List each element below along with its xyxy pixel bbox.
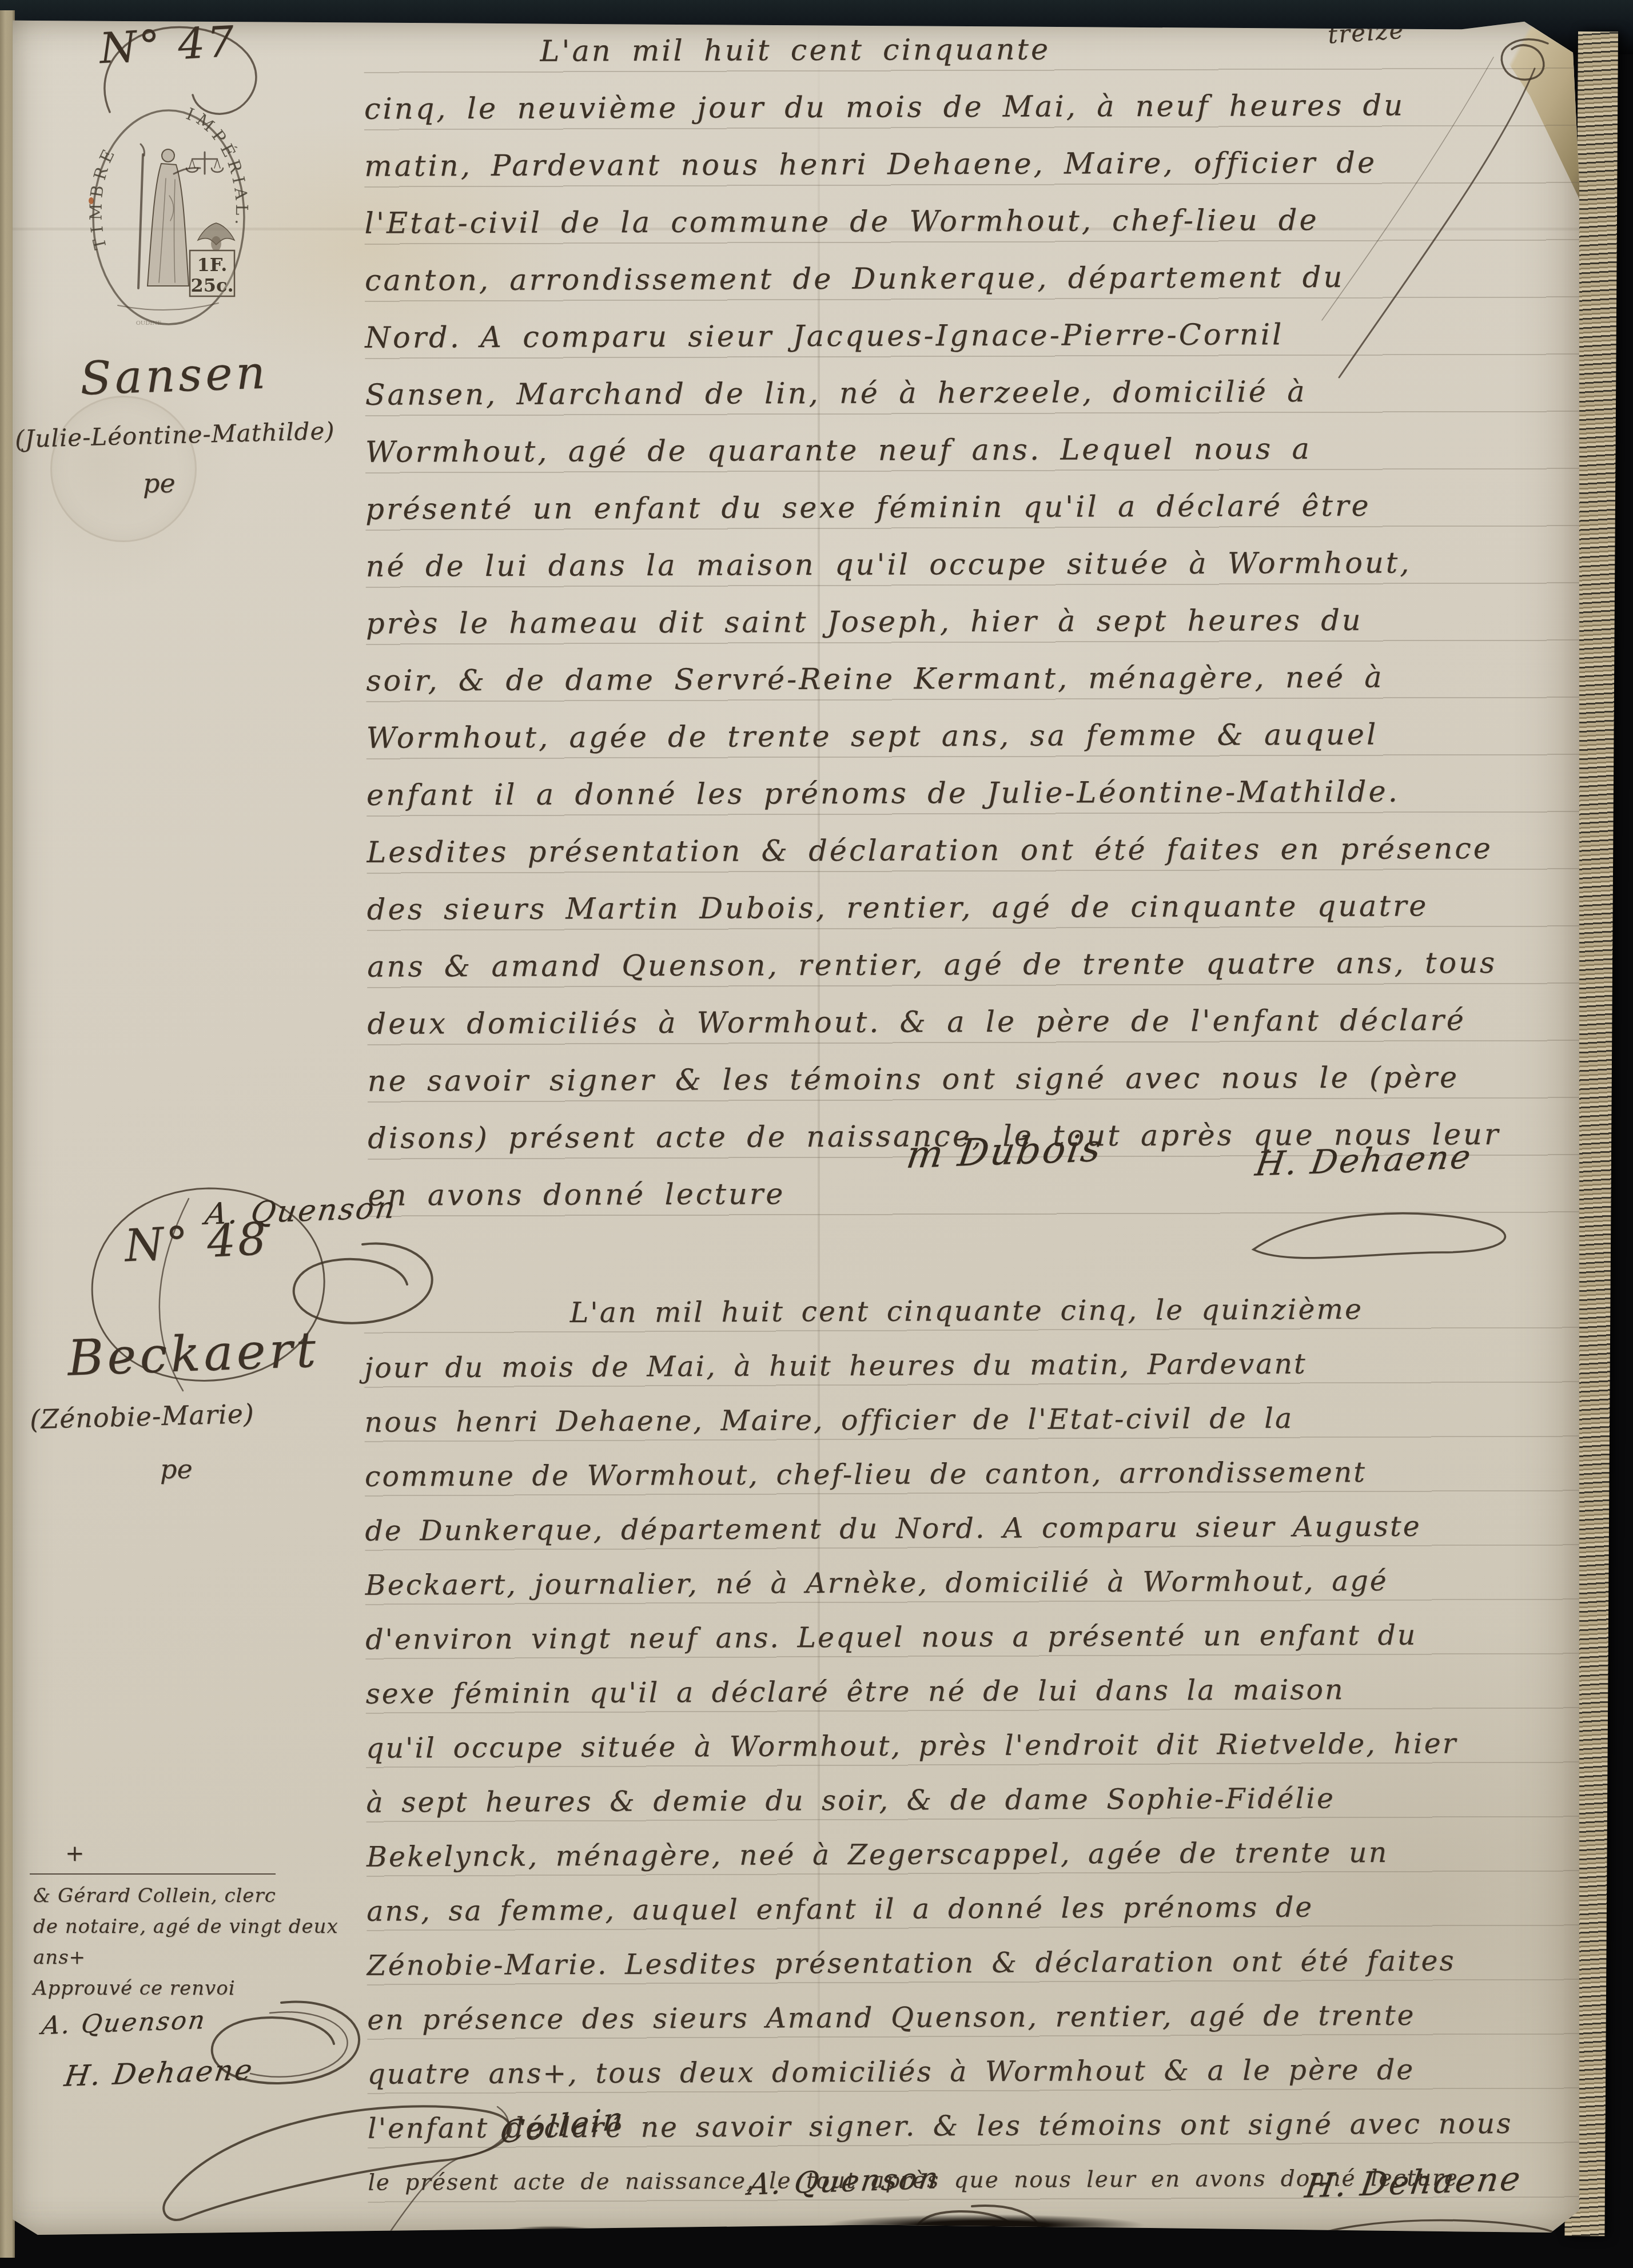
stamp-engraver: OUDINE [136,320,162,327]
manuscript-line: deux domiciliés à Wormhout. & a le père … [367,992,1582,1053]
renvoi-rule-line [30,1873,276,1875]
manuscript-line: Wormhout, agé de quarante neuf ans. Lequ… [365,420,1580,481]
manuscript-line: en présence des sieurs Amand Quenson, re… [367,1987,1582,2047]
signature-flourish [1236,1195,1545,1281]
manuscript-line: ne savoir signer & les témoins ont signé… [368,1049,1583,1110]
manuscript-page: N° 47 TIMBRE IMPÉRIAL. [13,17,1579,2235]
page-edge-shadow [825,2214,1145,2236]
signature-dehaene: H. Dehaene [1253,1137,1475,1183]
manuscript-line: ans & amand Quenson, rentier, agé de tre… [367,934,1582,996]
manuscript-line: commune de Wormhout, chef-lieu de canton… [365,1444,1580,1503]
signature-flourish [1292,2213,1578,2253]
scales-of-justice [186,152,223,174]
signature-dehaene-bottom: H. Dehaene [1303,2159,1524,2205]
act48-margin-surname: Beckaert [66,1321,320,1387]
svg-text:IMPÉRIAL.: IMPÉRIAL. [184,104,252,230]
pen-flourish [1253,23,1574,389]
stamp-text-left: TIMBRE [86,142,120,251]
manuscript-line: qu'il occupe située à Wormhout, près l'e… [366,1716,1581,1775]
manuscript-line: Wormhout, agée de trente sept ans, sa fe… [367,706,1582,767]
manuscript-line: Beckaert, journalier, né à Arnèke, domic… [365,1553,1580,1612]
manuscript-line: des sieurs Martin Dubois, rentier, agé d… [367,877,1582,938]
renvoi-line: & Gérard Collein, clerc [33,1880,338,1911]
manuscript-line: Bekelynck, ménagère, neé à Zegerscappel,… [367,1824,1582,1884]
renvoi-line: de notaire, agé de vingt deux [33,1911,338,1942]
manuscript-line: à sept heures & demie du soir, & de dame… [366,1770,1581,1829]
manuscript-line: enfant il a donné les prénoms de Julie-L… [367,763,1582,824]
manuscript-line: ans, sa femme, auquel enfant il a donné … [367,1879,1582,1938]
manuscript-line: L'an mil huit cent cinquante cinq, le qu… [364,1281,1579,1340]
stamp-text-right: IMPÉRIAL. [184,104,252,230]
manuscript-line: présenté un enfant du sexe féminin qu'il… [365,477,1580,538]
register-page-scan: N° 47 TIMBRE IMPÉRIAL. [0,0,1633,2268]
manuscript-line: Zénobie-Marie. Lesdites présentation & d… [367,1933,1582,1992]
act47-margin-given-names: (Julie-Léontine-Mathilde) [14,417,335,453]
act47-margin-surname: Sansen [79,345,269,405]
renvoi-note: & Gérard Collein, clercde notaire, agé d… [33,1880,338,2004]
manuscript-line: nous henri Dehaene, Maire, officier de l… [364,1390,1579,1449]
act48-margin-given-names: (Zénobie-Marie) [29,1398,254,1435]
manuscript-line: près le hameau dit saint Joseph, hier à … [366,591,1581,652]
page-edge-shadow [504,2226,602,2237]
svg-text:TIMBRE: TIMBRE [86,142,120,251]
signature-dubois: m Dubois [904,1126,1106,1177]
manuscript-line: né de lui dans la maison qu'il occupe si… [365,534,1580,595]
renvoi-signature-quenson: A. Quenson [40,2006,209,2040]
stamp-value-franc: 1F. [197,254,228,276]
imperial-eagle [198,223,234,251]
manuscript-line: soir, & de dame Servré-Reine Kermant, mé… [366,648,1581,710]
manuscript-line: Lesdites présentation & déclaration ont … [367,820,1582,881]
imperial-tax-stamp: TIMBRE IMPÉRIAL. [86,104,252,333]
manuscript-line: jour du mois de Mai, à huit heures du ma… [364,1335,1579,1395]
renvoi-line: ans+ [33,1942,338,1973]
act48-margin-paraph: pe [160,1454,193,1485]
renvoi-insertion-mark: + [65,1840,85,1867]
signature-quenson-bottom: A. Quenson [746,2161,942,2202]
manuscript-line: de Dunkerque, département du Nord. A com… [365,1498,1580,1558]
act48-body-text: L'an mil huit cent cinquante cinq, le qu… [364,1281,1583,2210]
manuscript-line: d'environ vingt neuf ans. Lequel nous a … [365,1607,1580,1666]
signature-flourish [143,2086,555,2241]
signature-flourish [886,2201,1058,2263]
stamp-value-cent: 25c. [190,274,233,296]
act47-margin-paraph: pe [143,468,176,499]
manuscript-line: sexe féminin qu'il a déclaré être né de … [365,1661,1580,1721]
